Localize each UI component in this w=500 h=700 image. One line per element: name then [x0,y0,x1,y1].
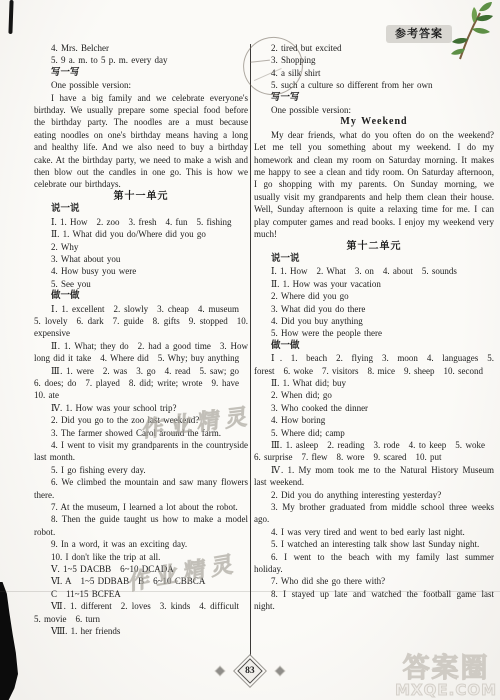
answer-line: Ⅶ. 1. different 2. loves 3. kinds 4. dif… [34,600,248,625]
answer-line: 3. What about you [34,253,248,265]
answer-line: 写一写 [34,67,248,79]
diamond-ornament-left [216,667,224,675]
answer-line: 第十一单元 [34,191,248,203]
answer-line: 5. Where did; camp [254,427,494,439]
answer-line: 10. I don't like the trip at all. [34,551,248,563]
answer-line: Ⅰ. 1. How 2. What 3. on 4. about 5. soun… [254,265,494,277]
diamond-ornament-right [276,667,284,675]
answer-line: 3. Who cooked the dinner [254,402,494,414]
answer-line: 4. I was very tired and went to bed earl… [254,526,494,538]
answer-line: 4. How boring [254,414,494,426]
answer-line: 2. Did you go to the zoo last weekend? [34,414,248,426]
page-footer: 83 [0,662,500,680]
answer-line: 第十二单元 [254,241,494,253]
answer-line: 9. In a word, it was an exciting day. [34,538,248,550]
answer-line: Ⅱ. 1. What did you do/Where did you go [34,228,248,240]
answer-line: 5. How were the people there [254,327,494,339]
answer-line: One possible version: [34,79,248,91]
scan-artifact-bottom [0,582,18,700]
answer-line: 3. My brother graduated from middle scho… [254,501,494,526]
answer-line: Ⅱ. 1. What did; buy [254,377,494,389]
answer-line: 8. Then the guide taught us how to make … [34,513,248,538]
answer-line: C 11~15 BCFEA [34,588,248,600]
answer-line: I have a big family and we celebrate eve… [34,92,248,191]
answer-line: Ⅰ. 1. How 2. zoo 3. fresh 4. fun 5. fish… [34,216,248,228]
answer-line: 5. I watched an interesting talk show la… [254,538,494,550]
answer-line: Ⅰ. 1. excellent 2. slowly 3. cheap 4. mu… [34,303,248,340]
left-column: 4. Mrs. Belcher5. 9 a. m. to 5 p. m. eve… [34,42,248,638]
answer-line: 8. I stayed up late and watched the foot… [254,588,494,613]
answer-line: 6. I went to the beach with my family la… [254,551,494,576]
answer-line: One possible version: [254,104,494,116]
answer-line: Ⅲ. 1. were 2. was 3. go 4. read 5. saw; … [34,365,248,402]
answer-line: My dear friends, what do you often do on… [254,129,494,241]
answer-line: Ⅳ. 1. My mom took me to the Natural Hist… [254,464,494,489]
answer-line: 说一说 [254,253,494,265]
answer-line: 4. Did you buy anything [254,315,494,327]
answer-line: Ⅱ. 1. What; they do 2. had a good time 3… [34,340,248,365]
answer-line: 4. How busy you were [34,265,248,277]
answer-line: 7. Who did she go there with? [254,575,494,587]
answer-line: 2. Where did you go [254,290,494,302]
answer-line: 2. When did; go [254,389,494,401]
answer-line: Ⅵ. A 1~5 DDBAB B 6~10 CBBCA [34,575,248,587]
answer-line: 写一写 [254,92,494,104]
answer-line: Ⅲ. 1. asleep 2. reading 3. rode 4. to ke… [254,439,494,464]
answer-line: Ⅳ. 1. How was your school trip? [34,402,248,414]
page-number: 83 [245,666,255,676]
scanned-answer-page: 参考答案 4. Mrs. Belcher5. 9 a. m. to 5 p. m… [0,0,500,700]
answer-line: 3. The farmer showed Carol around the fa… [34,427,248,439]
answer-line: Ⅰ. 1. beach 2. flying 3. moon 4. languag… [254,352,494,377]
answer-line: 4. Mrs. Belcher [34,42,248,54]
answer-line: Ⅷ. 1. her friends [34,625,248,637]
answer-line: 做一做 [34,290,248,302]
answer-line: 7. At the museum, I learned a lot about … [34,501,248,513]
answer-line: Ⅴ. 1~5 DACBB 6~10 DCADA [34,563,248,575]
page-number-diamond: 83 [237,658,262,683]
answer-line: My Weekend [254,116,494,128]
answer-line: 做一做 [254,340,494,352]
answer-line: 6. We climbed the mountain and saw many … [34,476,248,501]
answer-line: Ⅱ. 1. How was your vacation [254,278,494,290]
column-divider [250,44,251,656]
answer-line: 5. 9 a. m. to 5 p. m. every day [34,54,248,66]
answer-line: 说一说 [34,203,248,215]
answer-line: 3. What did you do there [254,303,494,315]
answer-line: 4. I went to visit my grandparents in th… [34,439,248,464]
site-url-watermark: MXQE.COM [395,682,497,698]
answer-line: 5. I go fishing every day. [34,464,248,476]
answer-line: 5. See you [34,278,248,290]
answer-line: 2. Did you do anything interesting yeste… [254,489,494,501]
right-column: 2. tired but excited3. Shopping4. a silk… [254,42,494,613]
scan-artifact-top [8,0,13,34]
answer-line: 2. Why [34,241,248,253]
